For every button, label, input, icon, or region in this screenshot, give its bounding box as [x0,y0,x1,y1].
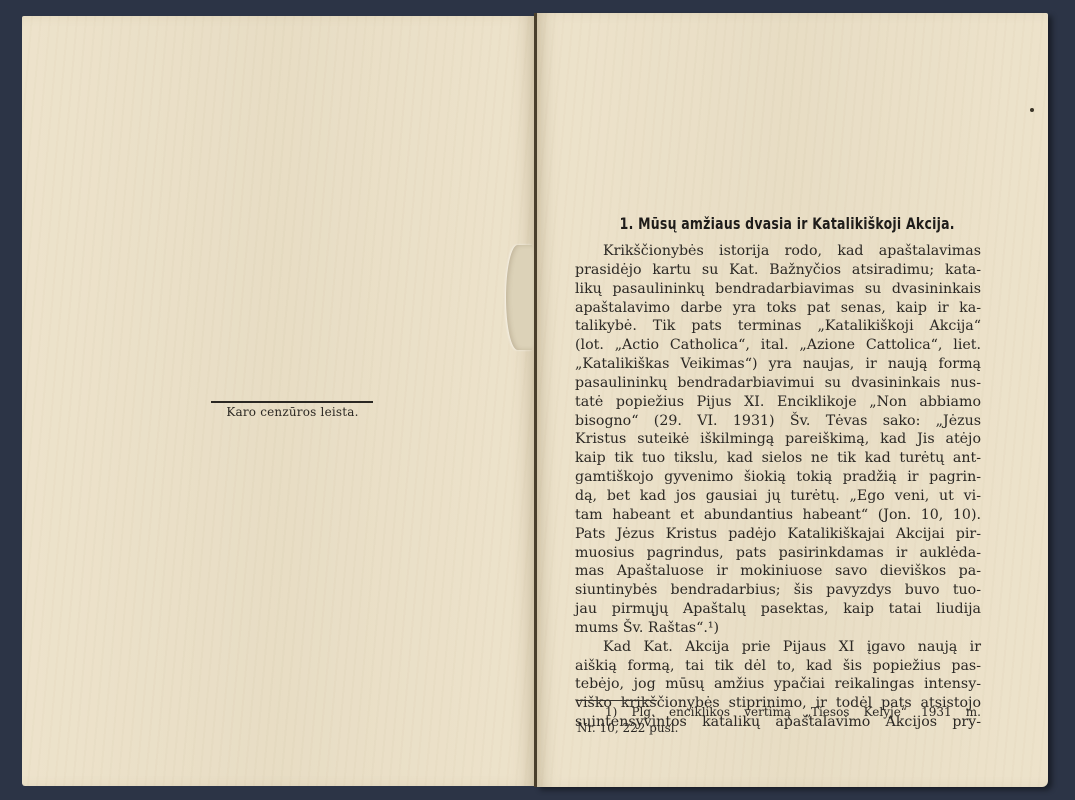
text-line: dą, bet kad jos gausiai jų turėtų. „Ego … [575,487,981,506]
chapter-body: Krikščionybės istorija rodo, kad apaštal… [575,242,981,732]
text-line: tatė popiežius Pijus XI. Enciklikoje „No… [575,393,981,412]
text-line: talikybė. Tik pats terminas „Katalikiško… [575,317,981,336]
text-line: muosius pagrindus, pats pasirinkdamas ir… [575,544,981,563]
censorship-note: Karo cenzūros leista. [210,405,375,419]
footnote-line: Nr. 10, 222 pusl. [577,720,981,736]
text-line: likų pasaulininkų bendradarbiavimas su d… [575,280,981,299]
text-line: Krikščionybės istorija rodo, kad apaštal… [575,242,981,261]
footnote-rule [577,700,657,701]
chapter-title: 1. Mūsų amžiaus dvasia ir Katalikiškoji … [620,214,937,233]
text-line: Pats Jėzus Kristus padėjo Katalikiškajai… [575,525,981,544]
text-line: siuntinybės bendradarbius; šis pavyzdys … [575,581,981,600]
text-line: mums Šv. Raštas“.¹) [575,619,981,638]
book-spine [534,13,537,787]
paper-speck [1030,108,1034,112]
text-line: gamtiškojo gyvenimo šiokią tokią pradžią… [575,468,981,487]
text-line: tam habeant et abundantius habeant“ (Jon… [575,506,981,525]
text-line: tebėjo, jog mūsų amžius ypačiai reikalin… [575,675,981,694]
text-line: apaštalavimo darbe yra toks pat senas, k… [575,299,981,318]
text-line: Kad Kat. Akcija prie Pijaus XI įgavo nau… [575,638,981,657]
footnote: 1) Plg. enciklikos vertimą „Tiesos Kelyj… [577,704,981,736]
torn-paper-patch [506,245,534,350]
text-line: bisogno“ (29. VI. 1931) Šv. Tėvas sako: … [575,412,981,431]
text-line: kaip tik tuo tikslu, kad sielos ne tik k… [575,449,981,468]
text-line: mas Apaštaluose ir mokiniuose savo dievi… [575,562,981,581]
censorship-rule [211,401,373,403]
text-line: Kristus suteikė iškilmingą pareiškimą, k… [575,430,981,449]
text-line: jau pirmųjų Apaštalų pasektas, kaip tata… [575,600,981,619]
footnote-line: 1) Plg. enciklikos vertimą „Tiesos Kelyj… [577,704,981,720]
text-line: aiškią formą, tai tik dėl to, kad šis po… [575,657,981,676]
text-line: (lot. „Actio Catholica“, ital. „Azione C… [575,336,981,355]
text-line: prasidėjo kartu su Kat. Bažnyčios atsira… [575,261,981,280]
text-line: pasaulininkų bendradarbiavimui su dvasin… [575,374,981,393]
text-line: „Katalikiškas Veikimas“) yra naujas, ir … [575,355,981,374]
